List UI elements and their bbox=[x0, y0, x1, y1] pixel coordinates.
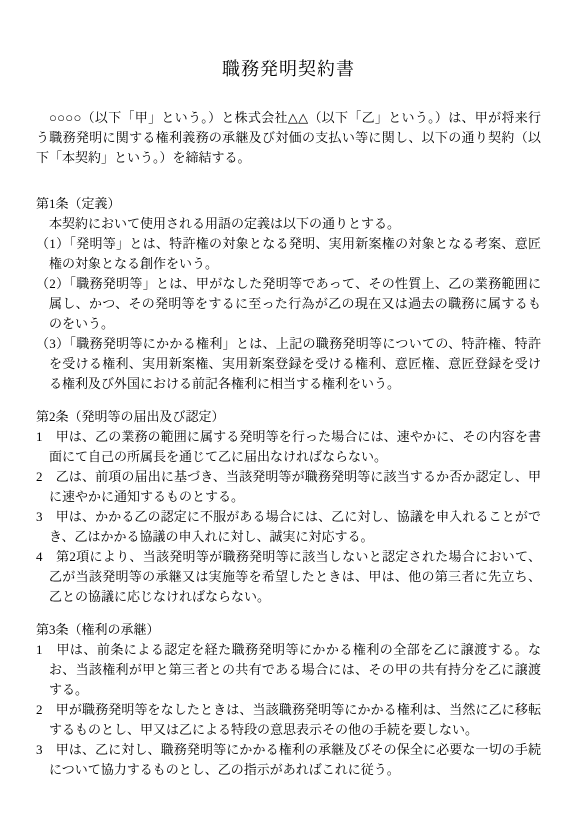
article-2-item-4: 4 第2項により、当該発明等が職務発明等に該当しないと認定された場合において、乙… bbox=[49, 547, 541, 607]
article-1-item-2: （2）「職務発明等」とは、甲がなした発明等であって、その性質上、乙の業務範囲に属… bbox=[49, 274, 541, 334]
contract-document-page: 職務発明契約書 ○○○○（以下「甲」という。）と株式会社△△（以下「乙」という。… bbox=[0, 0, 564, 818]
article-1-lead: 本契約において使用される用語の定義は以下の通りとする。 bbox=[36, 214, 541, 234]
intro-paragraph: ○○○○（以下「甲」という。）と株式会社△△（以下「乙」という。）は、甲が将来行… bbox=[36, 108, 541, 168]
document-title: 職務発明契約書 bbox=[36, 58, 541, 80]
article-3-item-3: 3 甲は、乙に対し、職務発明等にかかる権利の承継及びその保全に必要な一切の手続に… bbox=[49, 740, 541, 780]
article-1-item-3: （3）「職務発明等にかかる権利」とは、上記の職務発明等についての、特許権、特許を… bbox=[49, 334, 541, 394]
article-3: 第3条（権利の承継） 1 甲は、前条による認定を経た職務発明等にかかる権利の全部… bbox=[36, 620, 541, 780]
article-2-item-1: 1 甲は、乙の業務の範囲に属する発明等を行った場合には、速やかに、その内容を書面… bbox=[49, 427, 541, 467]
article-2: 第2条（発明等の届出及び認定） 1 甲は、乙の業務の範囲に属する発明等を行った場… bbox=[36, 407, 541, 607]
article-1-item-1: （1）「発明等」とは、特許権の対象となる発明、実用新案権の対象となる考案、意匠権… bbox=[49, 234, 541, 274]
article-1-heading: 第1条（定義） bbox=[36, 194, 541, 214]
article-2-heading: 第2条（発明等の届出及び認定） bbox=[36, 407, 541, 427]
article-3-heading: 第3条（権利の承継） bbox=[36, 620, 541, 640]
article-3-item-2: 2 甲が職務発明等をなしたときは、当該職務発明等にかかる権利は、当然に乙に移転す… bbox=[49, 700, 541, 740]
article-2-item-3: 3 甲は、かかる乙の認定に不服がある場合には、乙に対し、協議を申入れることができ… bbox=[49, 507, 541, 547]
article-3-item-1: 1 甲は、前条による認定を経た職務発明等にかかる権利の全部を乙に譲渡する。なお、… bbox=[49, 640, 541, 700]
article-1: 第1条（定義） 本契約において使用される用語の定義は以下の通りとする。 （1）「… bbox=[36, 194, 541, 394]
article-2-item-2: 2 乙は、前項の届出に基づき、当該発明等が職務発明等に該当するか否か認定し、甲に… bbox=[49, 467, 541, 507]
